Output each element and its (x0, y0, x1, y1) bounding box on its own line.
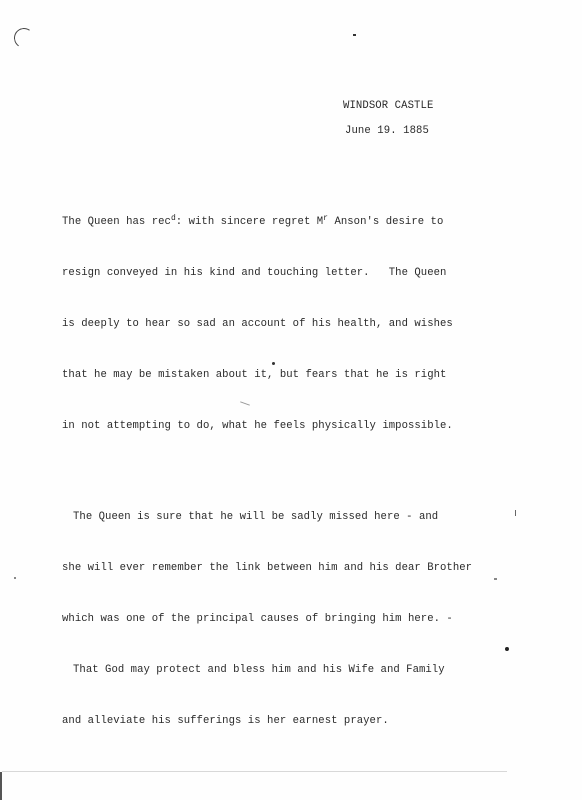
speck (353, 34, 356, 36)
body-line: is deeply to hear so sad an account of h… (62, 316, 472, 333)
speck (272, 362, 275, 365)
speck (515, 510, 516, 516)
body-line: that he may be mistaken about it, but fe… (62, 367, 472, 384)
speck (505, 647, 509, 651)
letter-date: June 19. 1885 (343, 119, 433, 144)
corner-scan-mark (12, 26, 35, 49)
letterhead-place: WINDSOR CASTLE (343, 100, 433, 112)
letter-body: The Queen has recd: with sincere regret … (62, 180, 472, 764)
body-line: which was one of the principal causes of… (62, 611, 472, 628)
page-edge-line (2, 771, 507, 772)
body-line: in not attempting to do, what he feels p… (62, 418, 472, 435)
page-edge-shadow (0, 772, 2, 800)
body-line: and alleviate his sufferings is her earn… (62, 713, 472, 730)
body-line: The Queen is sure that he will be sadly … (62, 509, 472, 526)
body-line: The Queen has recd: with sincere regret … (62, 214, 472, 231)
speck (494, 578, 497, 580)
body-line: That God may protect and bless him and h… (62, 662, 472, 679)
letterhead: WINDSOR CASTLE June 19. 1885 (343, 94, 433, 144)
body-line: she will ever remember the link between … (62, 560, 472, 577)
speck (14, 577, 16, 579)
body-line: resign conveyed in his kind and touching… (62, 265, 472, 282)
document-page: WINDSOR CASTLE June 19. 1885 The Queen h… (0, 0, 582, 800)
